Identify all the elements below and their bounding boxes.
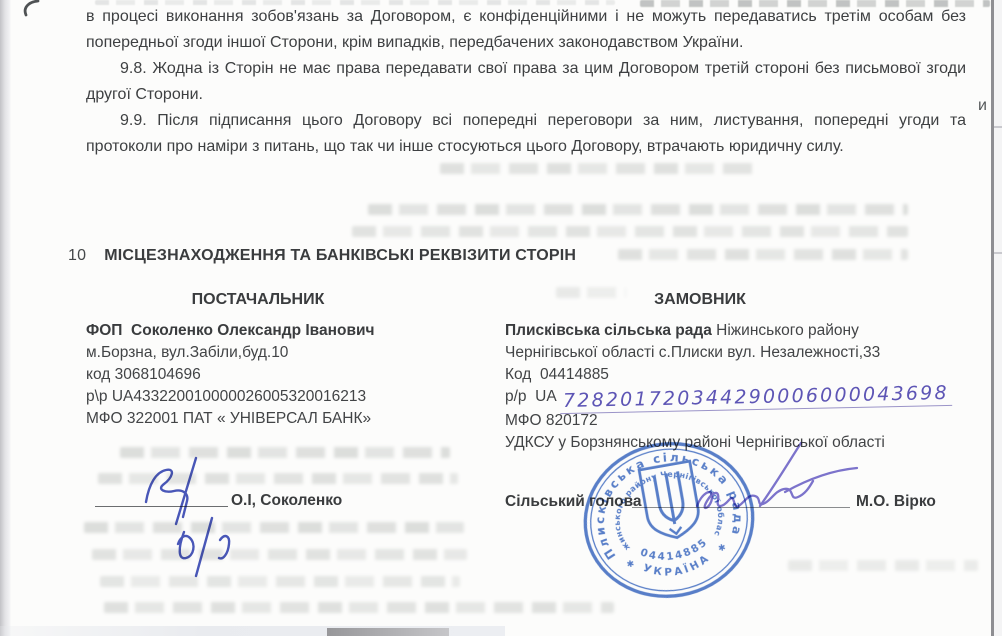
section-title: МІСЦЕЗНАХОДЖЕННЯ ТА БАНКІВСЬКІ РЕКВІЗИТИ… bbox=[104, 247, 576, 264]
supplier-name: ФОП Соколенко Олександр Іванович bbox=[86, 320, 506, 342]
supplier-bank: МФО 322001 ПАТ « УНІВЕРСАЛ БАНК» bbox=[86, 408, 506, 430]
official-round-stamp: Плисківська сільська рада Ніжинського ра… bbox=[565, 425, 772, 614]
scan-edge-right-line bbox=[991, 0, 994, 636]
customer-name-bold: Плисківська сільська рада bbox=[505, 322, 712, 339]
ghost-text-line bbox=[98, 473, 458, 484]
scan-edge-tick bbox=[994, 126, 1002, 128]
customer-account: р/р UA 728201720344290006000043698 bbox=[505, 386, 985, 410]
ghost-text-line bbox=[100, 576, 460, 587]
supplier-signature-line bbox=[95, 506, 228, 507]
ghost-text-line bbox=[104, 602, 614, 613]
ghost-text-line bbox=[788, 560, 978, 571]
customer-name: Плисківська сільська рада Ніжинського ра… bbox=[505, 320, 985, 342]
scan-edge-tick bbox=[994, 252, 1002, 254]
supplier-details: ПОСТАЧАЛЬНИК ФОП Соколенко Олександр Іва… bbox=[86, 289, 506, 430]
clause-9-8: 9.8. Жодна із Сторін не має права переда… bbox=[86, 56, 966, 108]
ghost-text-line bbox=[92, 549, 467, 560]
supplier-signature-name: О.І, Соколенко bbox=[231, 492, 342, 510]
customer-name-rest: Ніжинського району bbox=[712, 322, 859, 339]
customer-address: Чернігівської області с.Плиски вул. Неза… bbox=[505, 342, 985, 364]
supplier-account: р\р UA433220010000026005320016213 bbox=[86, 386, 506, 408]
contract-paragraphs: в процесі виконання зобов'язань за Догов… bbox=[86, 4, 966, 160]
stamp-star-right: ✱ bbox=[717, 542, 726, 553]
clause-9-7-continuation: в процесі виконання зобов'язань за Догов… bbox=[86, 4, 966, 56]
clause-9-9: 9.9. Після підписання цього Договору всі… bbox=[86, 108, 966, 160]
ghost-text-line bbox=[368, 204, 908, 215]
scan-edge-left bbox=[0, 0, 11, 636]
ghost-text-line bbox=[352, 226, 908, 237]
scan-bottom-dark-block bbox=[327, 628, 449, 636]
stamp-star-left: ✱ bbox=[626, 558, 635, 569]
scan-edge-right-bg bbox=[994, 0, 1002, 636]
scanned-contract-page: в процесі виконання зобов'язань за Догов… bbox=[0, 0, 1002, 636]
supplier-address: м.Борзна, вул.Забіли,буд.10 bbox=[86, 342, 506, 364]
supplier-code: код 3068104696 bbox=[86, 364, 506, 386]
customer-account-prefix: р/р UA bbox=[505, 388, 560, 405]
adjacent-page-letter: и bbox=[978, 97, 987, 115]
section-heading: 10МІСЦЕЗНАХОДЖЕННЯ ТА БАНКІВСЬКІ РЕКВІЗИ… bbox=[68, 247, 576, 265]
corner-mark bbox=[8, 0, 48, 20]
customer-signature-name: М.О. Вірко bbox=[856, 493, 936, 511]
supplier-header: ПОСТАЧАЛЬНИК bbox=[86, 289, 430, 311]
customer-header: ЗАМОВНИК bbox=[505, 289, 895, 311]
ghost-text-line bbox=[120, 447, 450, 458]
handwritten-iban: 728201720344290006000043698 bbox=[560, 382, 952, 414]
ghost-text-line bbox=[84, 522, 464, 533]
ghost-text-line bbox=[440, 163, 760, 174]
section-number: 10 bbox=[68, 247, 86, 264]
ghost-text-line bbox=[618, 249, 908, 260]
